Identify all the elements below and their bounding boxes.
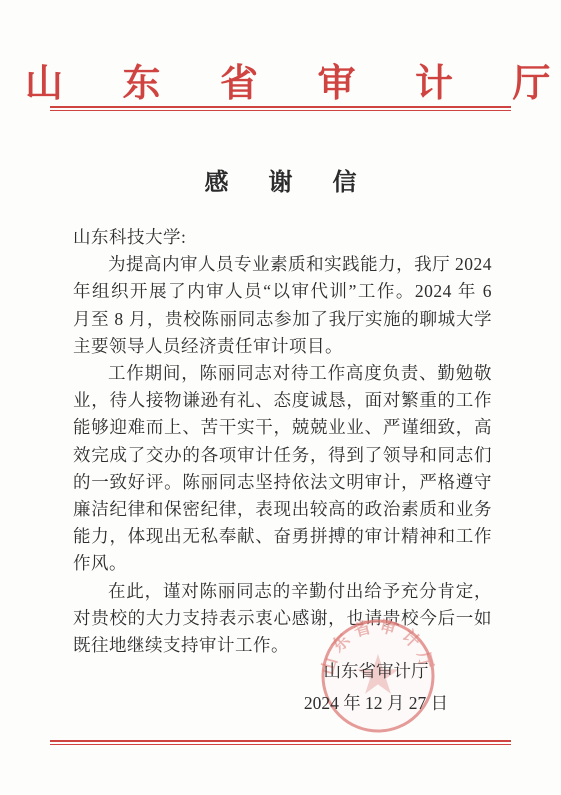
letter-body: 山东科技大学: 为提高内审人员专业素质和实践能力，我厅 2024 年组织开展了内… (73, 224, 492, 659)
letter-page: 山 东 省 审 计 厅 感 谢 信 山东科技大学: 为提高内审人员专业素质和实践… (0, 0, 561, 795)
paragraph-1: 为提高内审人员专业素质和实践能力，我厅 2024 年组织开展了内审人员“以审代训… (73, 251, 492, 360)
paragraph-2: 工作期间，陈丽同志对待工作高度负责、勤勉敬业，待人接物谦逊有礼、态度诚恳，面对繁… (73, 360, 492, 578)
letter-title: 感 谢 信 (0, 162, 561, 197)
salutation: 山东科技大学: (73, 224, 492, 251)
letterhead-org-name: 山 东 省 审 计 厅 (0, 52, 561, 107)
footer-divider-line (50, 740, 511, 745)
paragraph-3: 在此，谨对陈丽同志的辛勤付出给予充分肯定，对贵校的大力支持表示衷心感谢，也请贵校… (73, 578, 492, 660)
signature-date: 2024 年 12 月 27 日 (280, 687, 472, 719)
signature-org: 山东省审计厅 (280, 655, 472, 687)
letterhead-divider-line (50, 106, 511, 111)
signature-block: 山东省审计厅 2024 年 12 月 27 日 (280, 655, 472, 719)
